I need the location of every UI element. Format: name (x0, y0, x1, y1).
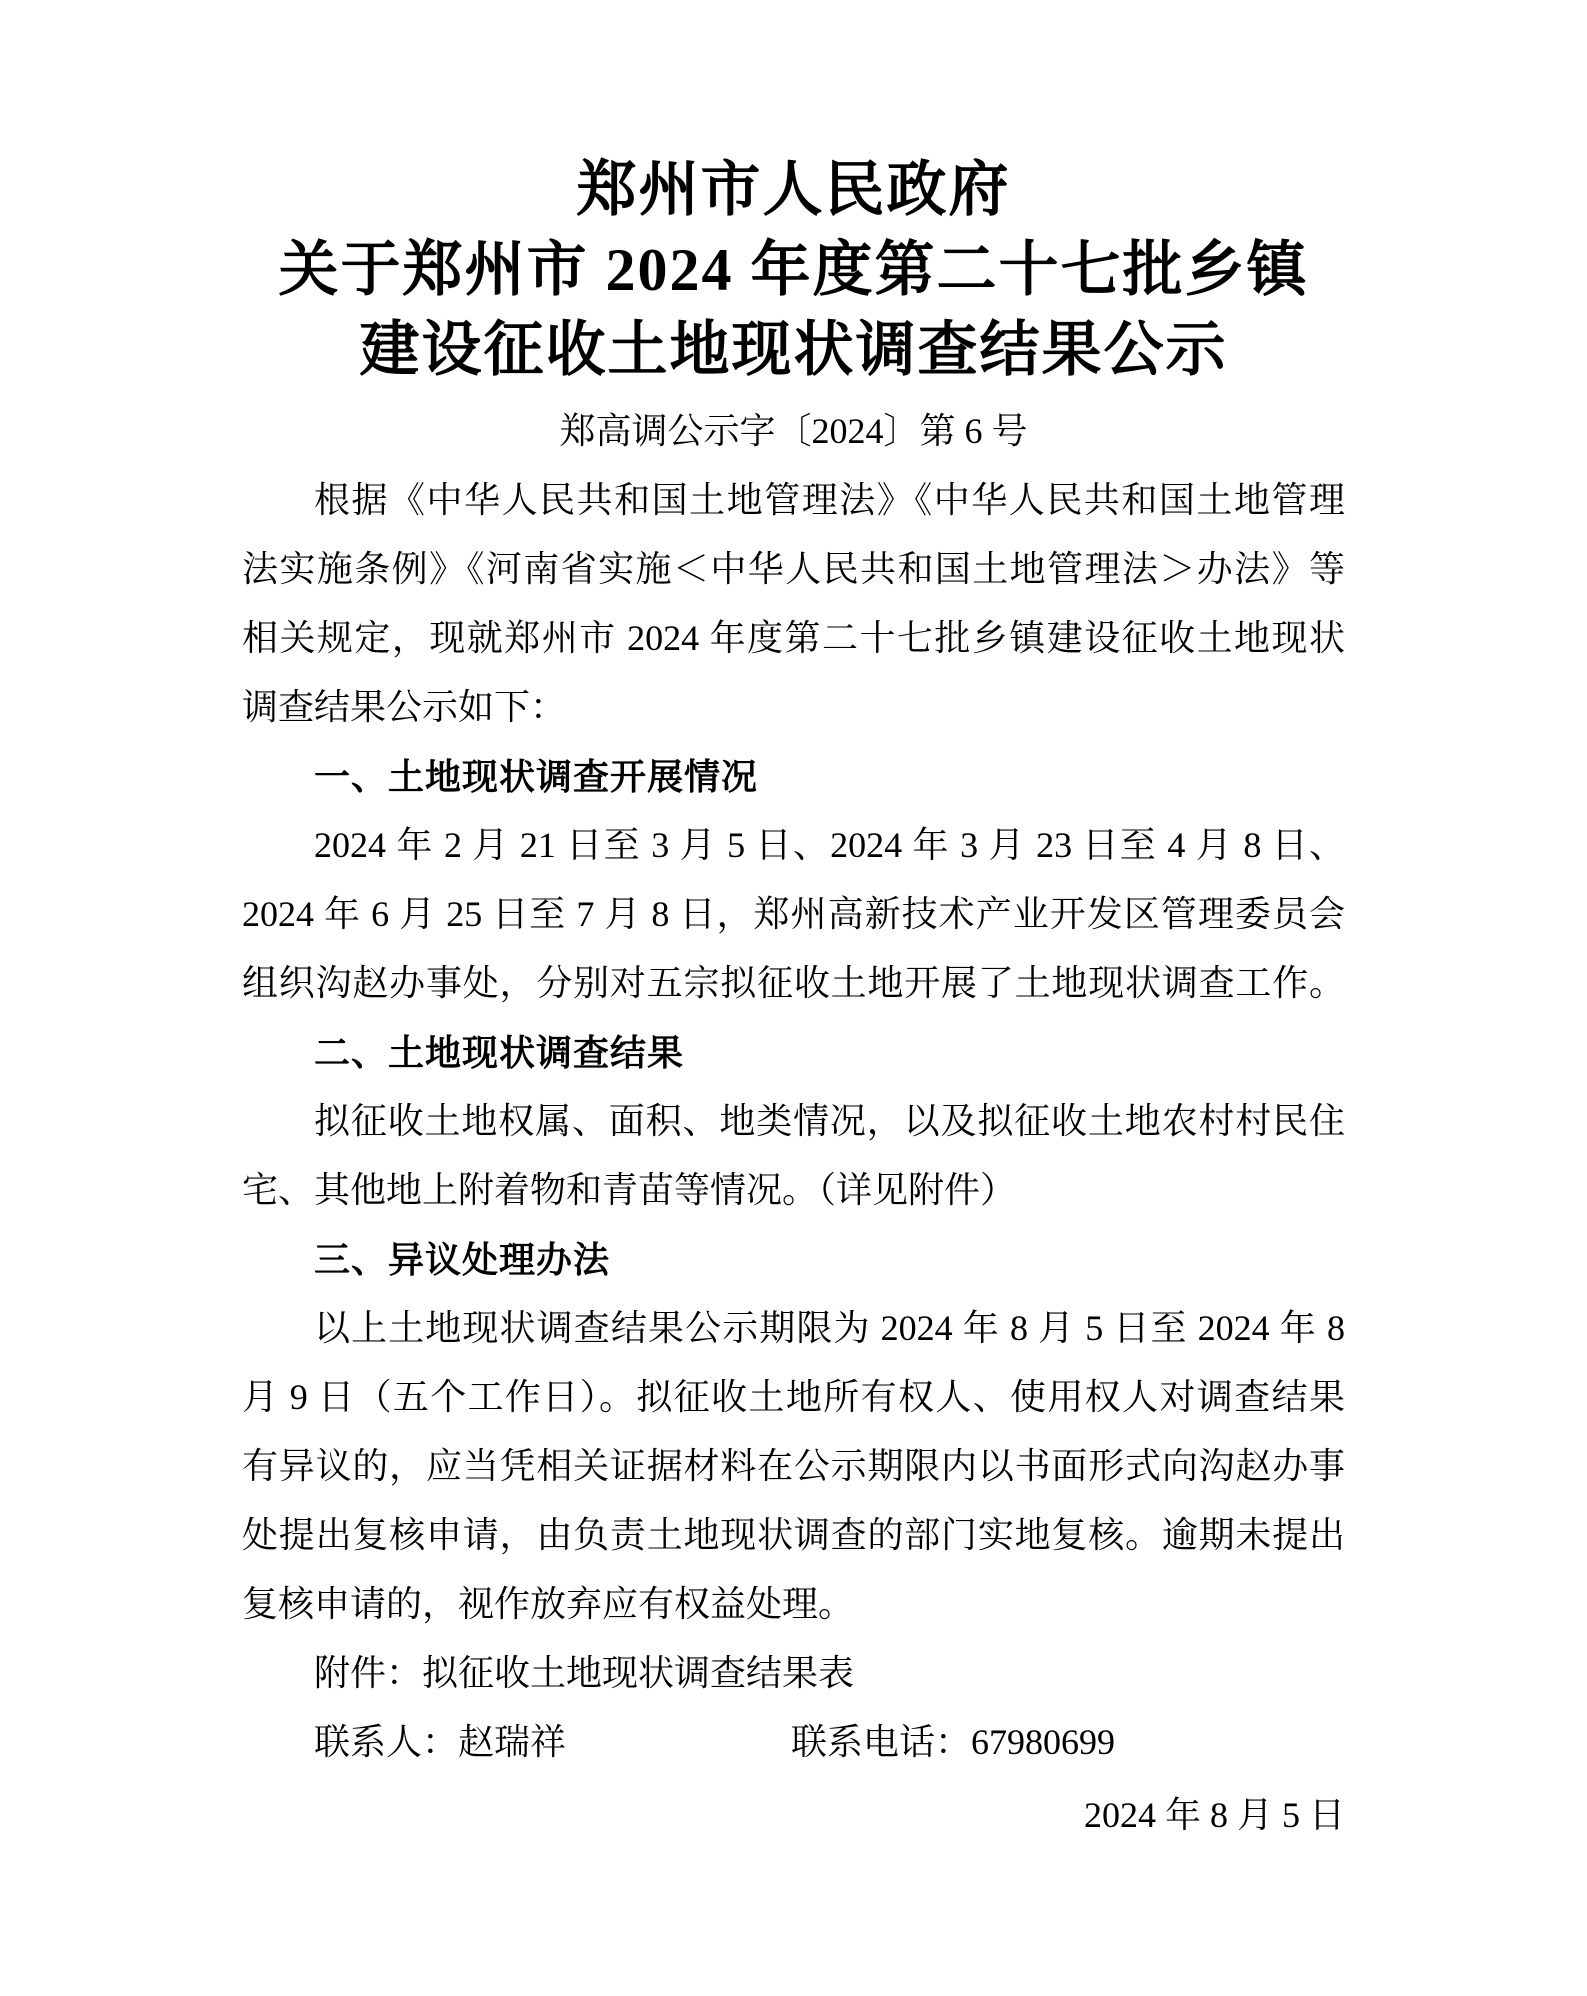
contact-person: 联系人：赵瑞祥 (314, 1722, 566, 1762)
contact-phone: 联系电话：67980699 (791, 1708, 1115, 1777)
title-line: 建设征收土地现状调查结果公示 (242, 310, 1345, 390)
title-line: 关于郑州市 2024 年度第二十七批乡镇 (242, 230, 1345, 310)
body-line: 有异议的，应当凭相关证据材料在公示期限内以书面形式向沟赵办事 (242, 1432, 1345, 1501)
body-line: 宅、其他地上附着物和青苗等情况。（详见附件） (242, 1156, 1345, 1225)
document-body: 根据《中华人民共和国土地管理法》《中华人民共和国土地管理法实施条例》《河南省实施… (242, 466, 1345, 1708)
document-content: 郑州市人民政府关于郑州市 2024 年度第二十七批乡镇建设征收土地现状调查结果公… (242, 150, 1345, 1850)
body-line: 附件：拟征收土地现状调查结果表 (242, 1639, 1345, 1708)
issue-date: 2024 年 8 月 5 日 (242, 1781, 1345, 1850)
body-line: 调查结果公示如下： (242, 673, 1345, 742)
body-line: 根据《中华人民共和国土地管理法》《中华人民共和国土地管理 (242, 466, 1345, 535)
body-line: 三、异议处理办法 (242, 1225, 1345, 1294)
body-line: 二、土地现状调查结果 (242, 1018, 1345, 1087)
title-line: 郑州市人民政府 (242, 150, 1345, 230)
contact-line: 联系人：赵瑞祥 联系电话：67980699 (242, 1708, 1345, 1777)
doc-number: 郑高调公示字〔2024〕第 6 号 (242, 396, 1345, 466)
body-line: 法实施条例》《河南省实施＜中华人民共和国土地管理法＞办法》等 (242, 535, 1345, 604)
body-line: 2024 年 6 月 25 日至 7 月 8 日，郑州高新技术产业开发区管理委员… (242, 880, 1345, 949)
body-line: 2024 年 2 月 21 日至 3 月 5 日、2024 年 3 月 23 日… (242, 811, 1345, 880)
body-line: 一、土地现状调查开展情况 (242, 742, 1345, 811)
body-line: 拟征收土地权属、面积、地类情况，以及拟征收土地农村村民住 (242, 1087, 1345, 1156)
document-title: 郑州市人民政府关于郑州市 2024 年度第二十七批乡镇建设征收土地现状调查结果公… (242, 150, 1345, 390)
body-line: 相关规定，现就郑州市 2024 年度第二十七批乡镇建设征收土地现状 (242, 604, 1345, 673)
document-page: 郑州市人民政府关于郑州市 2024 年度第二十七批乡镇建设征收土地现状调查结果公… (0, 0, 1587, 1996)
body-line: 处提出复核申请，由负责土地现状调查的部门实地复核。逾期未提出 (242, 1501, 1345, 1570)
body-line: 组织沟赵办事处，分别对五宗拟征收土地开展了土地现状调查工作。 (242, 949, 1345, 1018)
body-line: 以上土地现状调查结果公示期限为 2024 年 8 月 5 日至 2024 年 8 (242, 1294, 1345, 1363)
body-line: 复核申请的，视作放弃应有权益处理。 (242, 1570, 1345, 1639)
body-line: 月 9 日（五个工作日）。拟征收土地所有权人、使用权人对调查结果 (242, 1363, 1345, 1432)
